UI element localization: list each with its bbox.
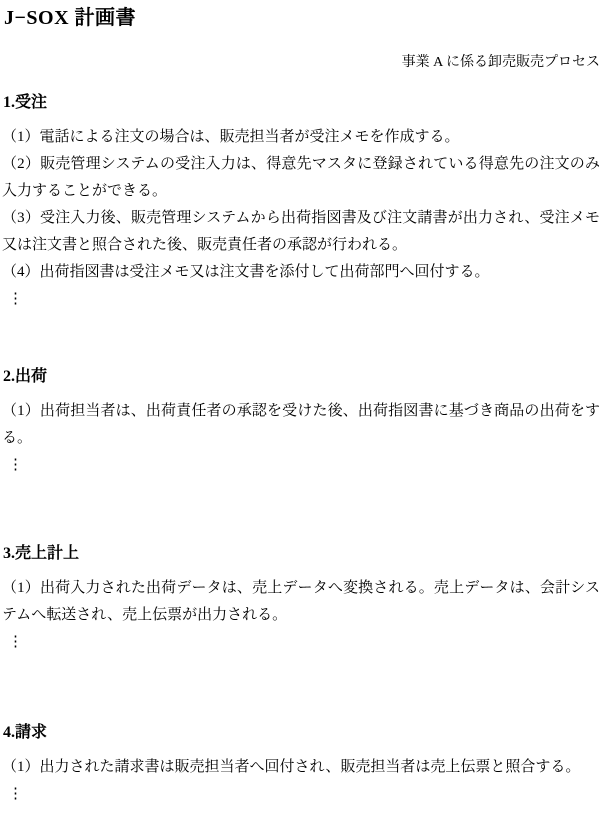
section-heading: 4.請求 [3,722,600,743]
continuation-ellipsis: ⋮ [2,781,600,808]
section-heading: 2.出荷 [3,366,600,387]
section-sales-recording: 3.売上計上 （1）出荷入力された出荷データは、売上データへ変換される。売上デー… [2,543,600,656]
page-title: J−SOX 計画書 [4,5,600,31]
section-item: （1）出荷入力された出荷データは、売上データへ変換される。売上データは、会計シス… [2,575,600,629]
section-item: （1）出力された請求書は販売担当者へ回付され、販売担当者は売上伝票と照合する。 [2,754,600,781]
section-item: （1）電話による注文の場合は、販売担当者が受注メモを作成する。 [2,124,600,151]
section-shipping: 2.出荷 （1）出荷担当者は、出荷責任者の承認を受けた後、出荷指図書に基づき商品… [2,366,600,479]
document-subtitle: 事業 A に係る卸売販売プロセス [2,54,600,72]
section-item: （4）出荷指図書は受注メモ又は注文書を添付して出荷部門へ回付する。 [2,259,600,286]
section-order-entry: 1.受注 （1）電話による注文の場合は、販売担当者が受注メモを作成する。 （2）… [2,92,600,313]
section-billing: 4.請求 （1）出力された請求書は販売担当者へ回付され、販売担当者は売上伝票と照… [2,722,600,808]
section-heading: 3.売上計上 [3,543,600,564]
continuation-ellipsis: ⋮ [2,452,600,479]
section-item: （1）出荷担当者は、出荷責任者の承認を受けた後、出荷指図書に基づき商品の出荷をす… [2,398,600,452]
section-heading: 1.受注 [3,92,600,113]
continuation-ellipsis: ⋮ [2,286,600,313]
section-item: （2）販売管理システムの受注入力は、得意先マスタに登録されている得意先の注文のみ… [2,151,600,205]
document-page: J−SOX 計画書 事業 A に係る卸売販売プロセス 1.受注 （1）電話による… [0,0,616,816]
section-item: （3）受注入力後、販売管理システムから出荷指図書及び注文請書が出力され、受注メモ… [2,205,600,259]
continuation-ellipsis: ⋮ [2,629,600,656]
